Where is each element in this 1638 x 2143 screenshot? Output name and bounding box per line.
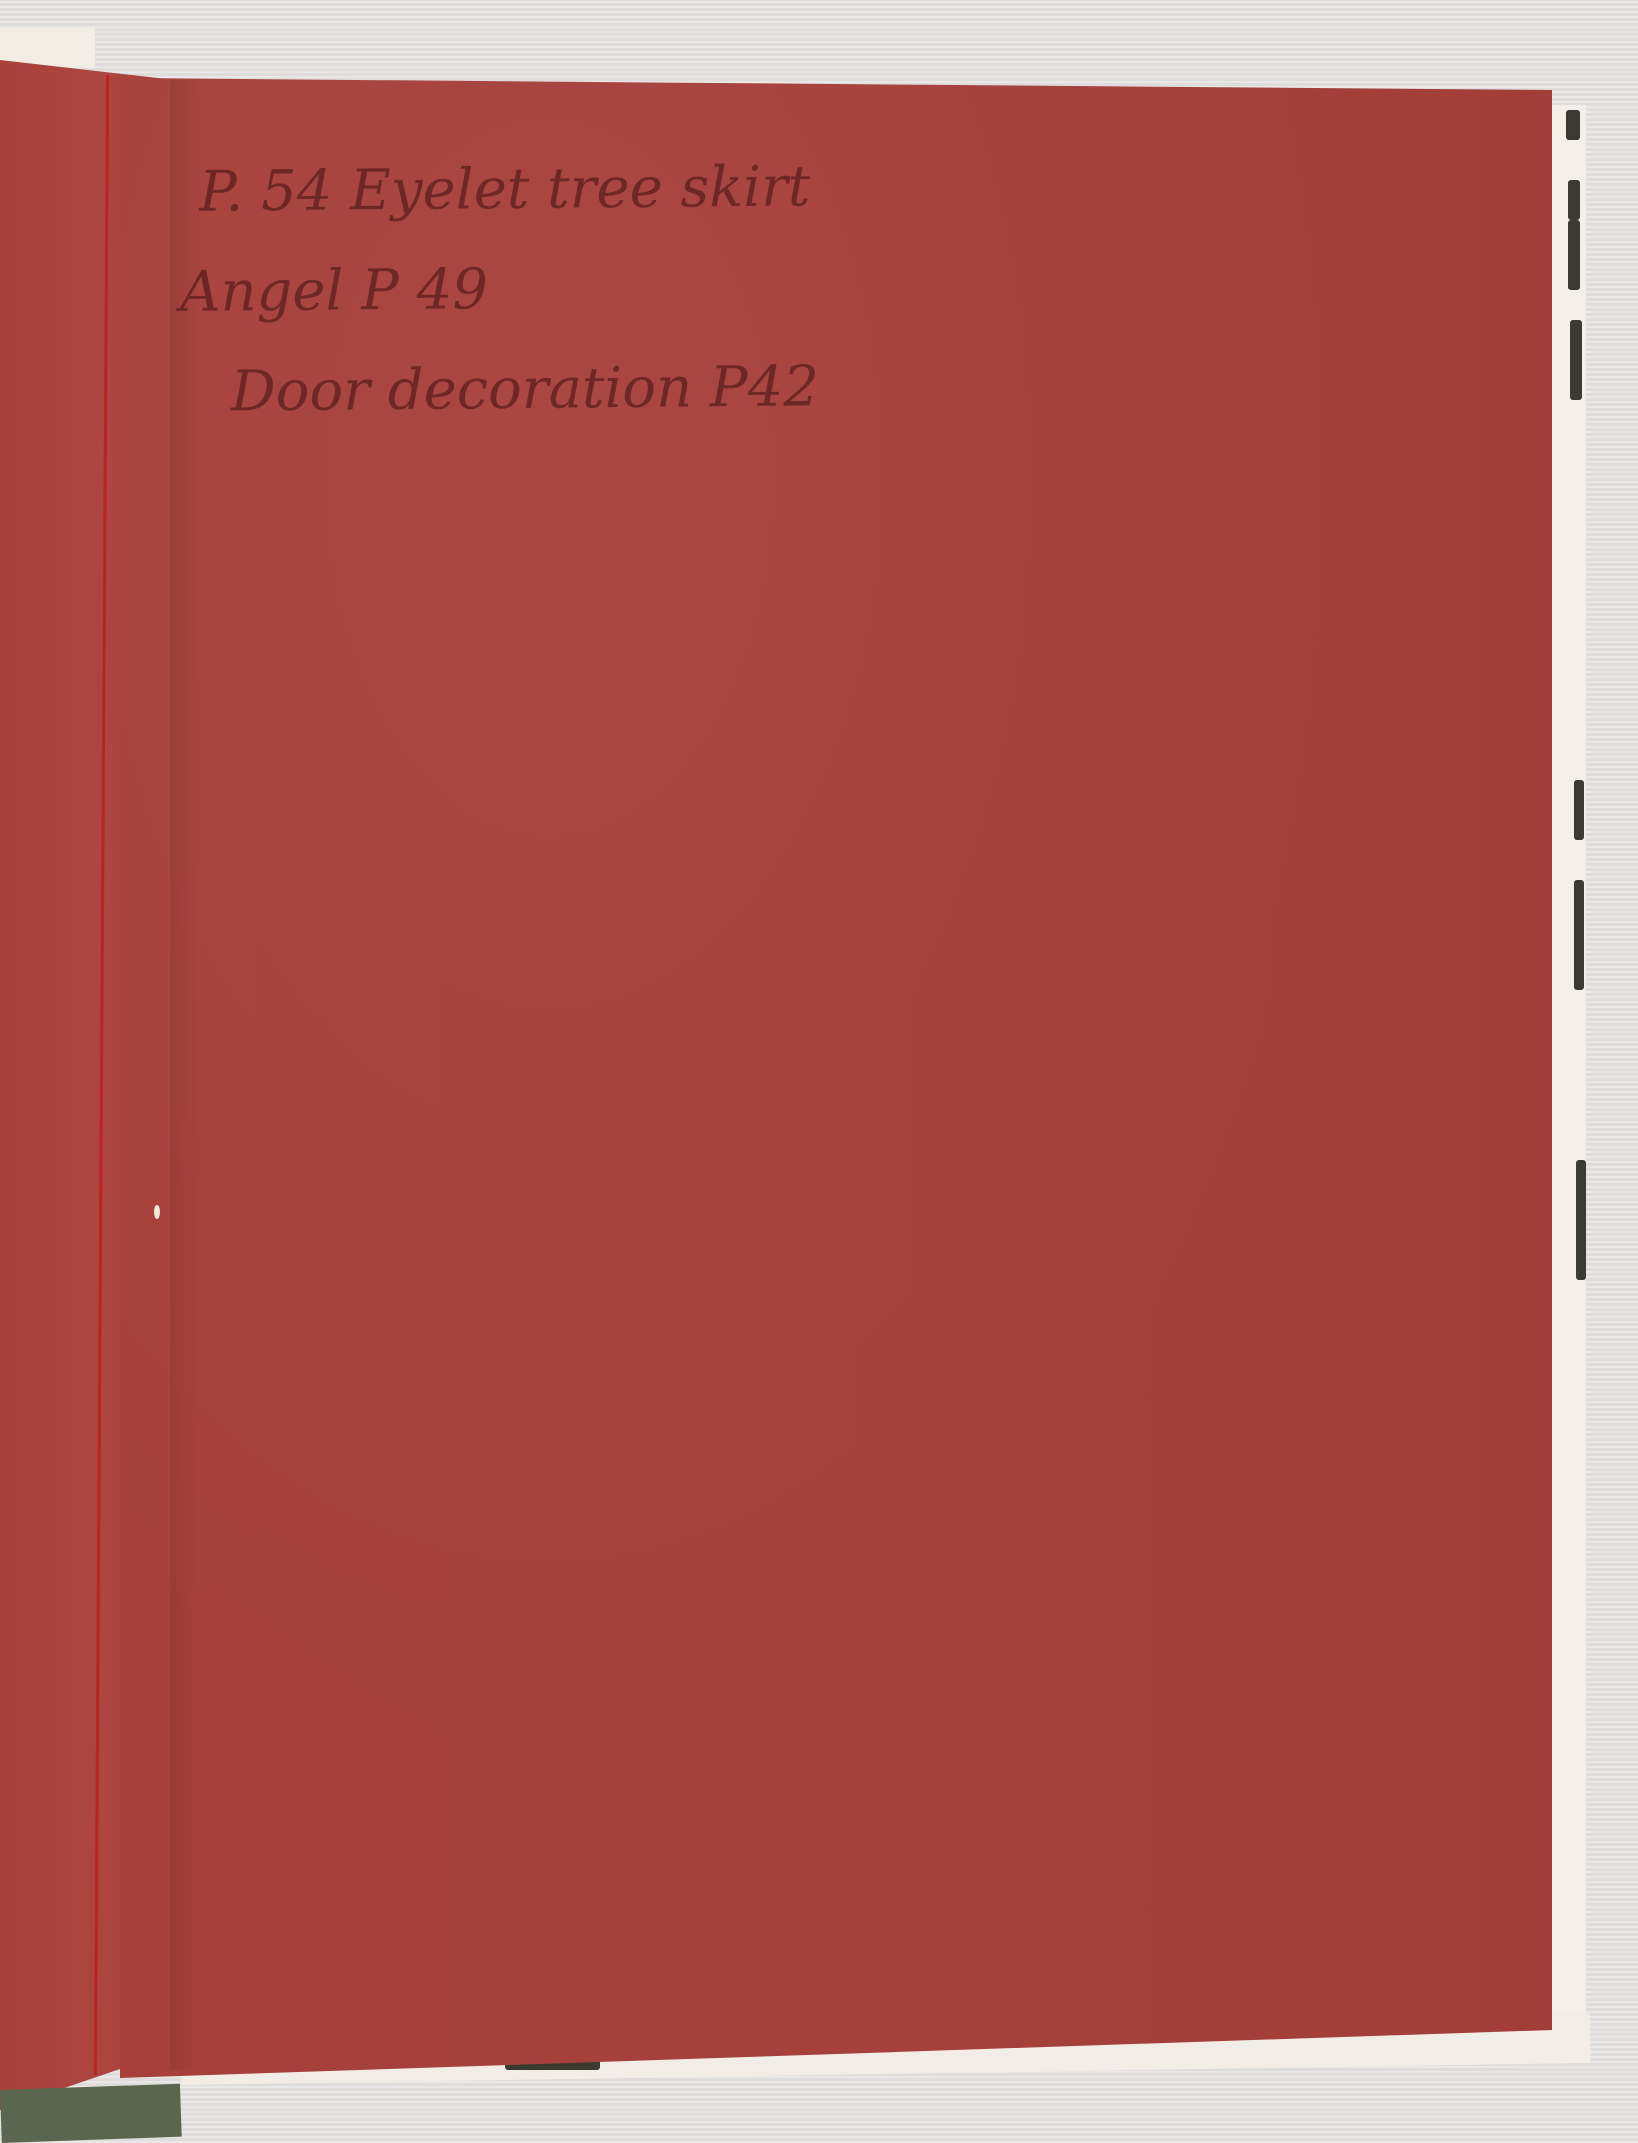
cover-print-fragment [1576, 1160, 1586, 1280]
paper-fleck [154, 1205, 160, 1219]
cover-print-fragment [1566, 110, 1580, 140]
note-line-angel: Angel P 49 [180, 237, 819, 343]
cover-print-fragment [1568, 220, 1580, 290]
cover-print-fragment [1574, 880, 1584, 990]
note-line-eyelet-tree-skirt: P. 54 Eyelet tree skirt [199, 137, 818, 242]
cover-print-fragment [1574, 780, 1584, 840]
cover-print-fragment [1568, 180, 1580, 220]
note-line-door-decoration: Door decoration P42 [230, 337, 819, 442]
hinge-shadow [170, 80, 200, 2070]
cover-print-fragment [1570, 320, 1582, 400]
spine-tape-fragment [0, 2084, 182, 2143]
handwritten-notes: P. 54 Eyelet tree skirt Angel P 49 Door … [199, 137, 820, 442]
